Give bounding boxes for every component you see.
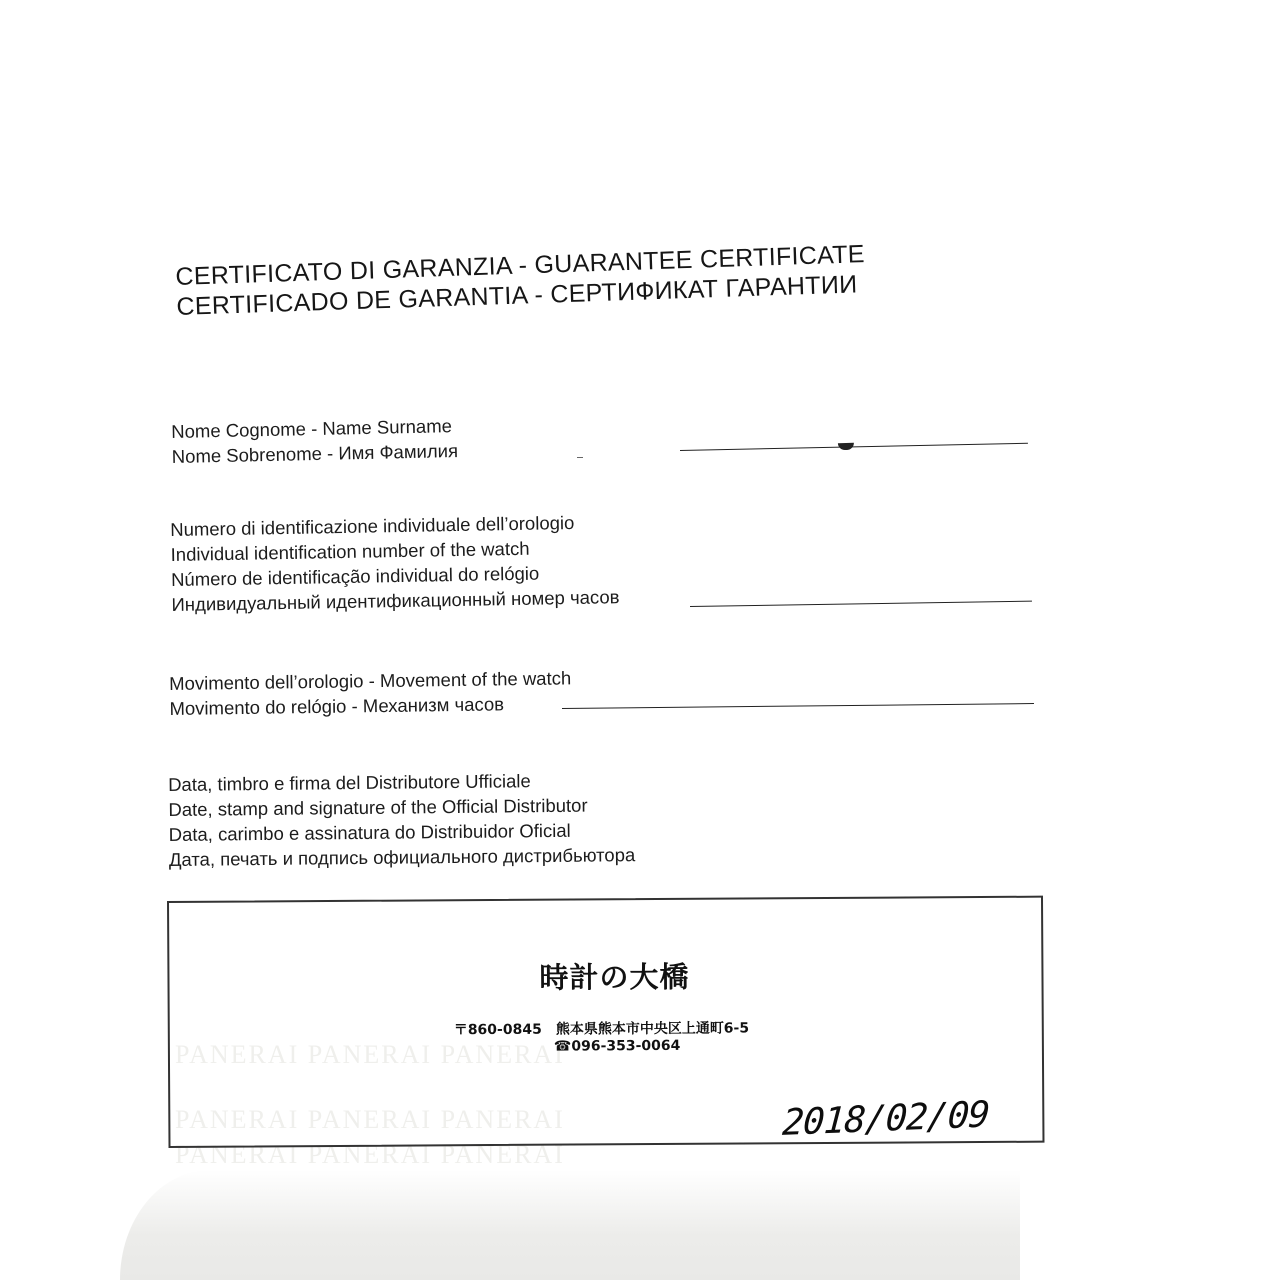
name-field-label: Nome Cognome - Name Surname Nome Sobreno… — [171, 413, 458, 469]
id-number-field-label: Numero di identificazione individuale de… — [170, 509, 620, 617]
stamp-shop-name: 時計の大橋 — [529, 955, 699, 997]
movement-field-label: Movimento dell’orologio - Movement of th… — [169, 665, 572, 721]
stamp-phone: ☎096-353-0064 — [554, 1038, 681, 1055]
dash-mark — [577, 457, 583, 458]
movement-input-line[interactable] — [562, 703, 1034, 709]
stamp-address: 〒860-0845 熊本県熊本市中央区上通町6-5 — [454, 1017, 749, 1039]
name-input-line[interactable] — [680, 443, 1028, 451]
id-number-input-line[interactable] — [690, 601, 1032, 607]
certificate-page: PANERAI PANERAI PANERAI PANERAI PANERAI … — [0, 0, 1280, 1280]
ink-mark — [838, 443, 854, 451]
certificate-title: CERTIFICATO DI GARANZIA - GUARANTEE CERT… — [175, 239, 866, 322]
distributor-stamp-box: 時計の大橋 〒860-0845 熊本県熊本市中央区上通町6-5 ☎096-353… — [167, 896, 1044, 1148]
handwritten-date: 2018/02/09 — [781, 1094, 990, 1144]
distributor-field-label: Data, timbro e firma del Distributore Uf… — [168, 767, 635, 872]
paper-edge-shadow — [120, 1170, 1020, 1280]
